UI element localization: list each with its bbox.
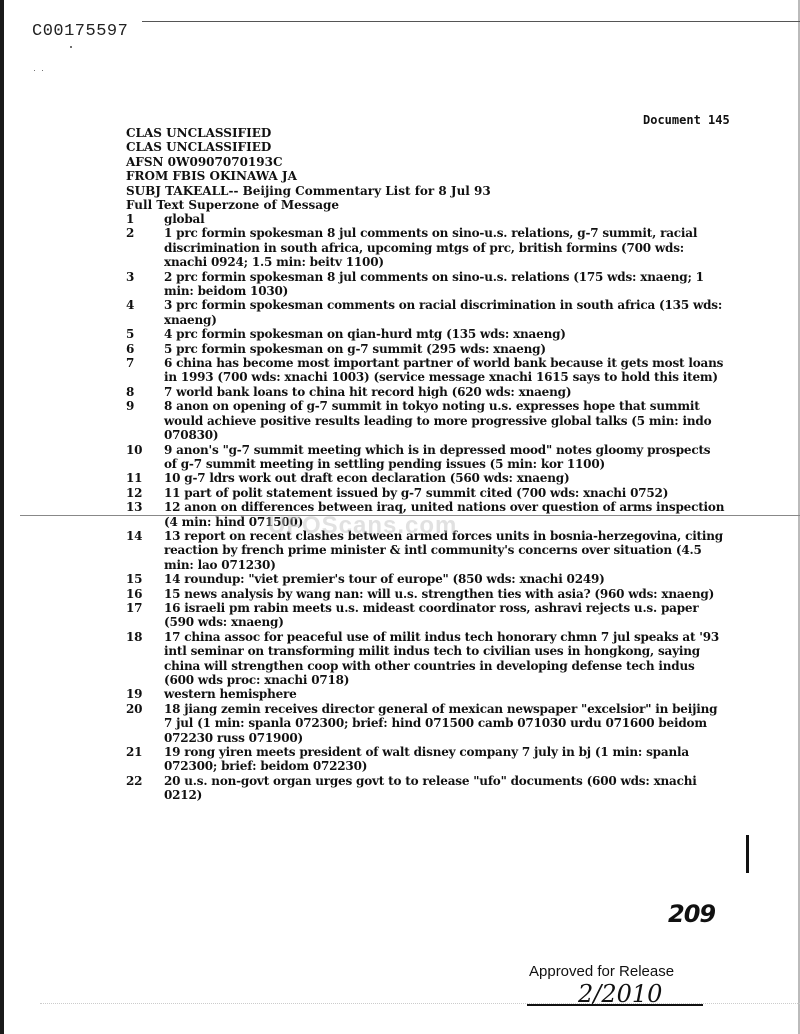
item-text: 5 prc formin spokesman on g-7 summit (29… [164, 342, 726, 356]
header-from: FROM FBIS OKINAWA JA [126, 169, 491, 183]
item-number: 9 [126, 399, 164, 442]
item-text: 16 israeli pm rabin meets u.s. mideast c… [164, 601, 726, 630]
list-item: 32 prc formin spokesman 8 jul comments o… [126, 270, 726, 299]
item-number: 3 [126, 270, 164, 299]
list-item: 87 world bank loans to china hit record … [126, 385, 726, 399]
header-full-text: Full Text Superzone of Message [126, 198, 491, 212]
item-text: 20 u.s. non-govt organ urges govt to to … [164, 774, 726, 803]
item-text: 6 china has become most important partne… [164, 356, 726, 385]
item-number: 7 [126, 356, 164, 385]
margin-mark [746, 835, 749, 873]
scan-speck [70, 46, 72, 48]
list-item: 43 prc formin spokesman comments on raci… [126, 298, 726, 327]
item-text: 7 world bank loans to china hit record h… [164, 385, 726, 399]
list-item: 1817 china assoc for peaceful use of mil… [126, 630, 726, 688]
list-item: 1615 news analysis by wang nan: will u.s… [126, 587, 726, 601]
item-number: 6 [126, 342, 164, 356]
item-number: 21 [126, 745, 164, 774]
item-text: 11 part of polit statement issued by g-7… [164, 486, 726, 500]
list-item: 1110 g-7 ldrs work out draft econ declar… [126, 471, 726, 485]
item-number: 19 [126, 687, 164, 701]
item-number: 20 [126, 702, 164, 745]
list-item: 2119 rong yiren meets president of walt … [126, 745, 726, 774]
item-number: 8 [126, 385, 164, 399]
list-item: 54 prc formin spokesman on qian-hurd mtg… [126, 327, 726, 341]
item-text: 8 anon on opening of g-7 summit in tokyo… [164, 399, 726, 442]
item-text: 19 rong yiren meets president of walt di… [164, 745, 726, 774]
list-item: 76 china has become most important partn… [126, 356, 726, 385]
item-number: 18 [126, 630, 164, 688]
scan-speck [34, 70, 35, 71]
list-item: 98 anon on opening of g-7 summit in toky… [126, 399, 726, 442]
item-number: 14 [126, 529, 164, 572]
item-text: 4 prc formin spokesman on qian-hurd mtg … [164, 327, 726, 341]
message-header: CLAS UNCLASSIFIED CLAS UNCLASSIFIED AFSN… [126, 126, 491, 212]
item-text: 15 news analysis by wang nan: will u.s. … [164, 587, 726, 601]
watermark: UFOScans.com [268, 512, 457, 540]
item-text: 14 roundup: "viet premier's tour of euro… [164, 572, 726, 586]
list-item: 2220 u.s. non-govt organ urges govt to t… [126, 774, 726, 803]
item-list: 1global 21 prc formin spokesman 8 jul co… [126, 212, 726, 803]
item-number: 11 [126, 471, 164, 485]
list-item: 109 anon's "g-7 summit meeting which is … [126, 443, 726, 472]
list-item: 19western hemisphere [126, 687, 726, 701]
item-text: global [164, 212, 726, 226]
item-text: western hemisphere [164, 687, 726, 701]
item-number: 22 [126, 774, 164, 803]
scan-speck [42, 70, 43, 71]
document-control-number: C00175597 [32, 22, 128, 41]
item-text: 1 prc formin spokesman 8 jul comments on… [164, 226, 726, 269]
item-text: 3 prc formin spokesman comments on racia… [164, 298, 726, 327]
list-item: 1211 part of polit statement issued by g… [126, 486, 726, 500]
item-text: 17 china assoc for peaceful use of milit… [164, 630, 726, 688]
handwritten-page-number: 209 [668, 900, 715, 928]
item-number: 5 [126, 327, 164, 341]
list-item: 1global [126, 212, 726, 226]
scan-left-edge [0, 0, 4, 1034]
item-number: 10 [126, 443, 164, 472]
item-number: 12 [126, 486, 164, 500]
item-text: 2 prc formin spokesman 8 jul comments on… [164, 270, 726, 299]
document-number: Document 145 [643, 113, 730, 127]
header-afsn: AFSN 0W0907070193C [126, 155, 491, 169]
header-subject: SUBJ TAKEALL-- Beijing Commentary List f… [126, 184, 491, 198]
list-item: 65 prc formin spokesman on g-7 summit (2… [126, 342, 726, 356]
header-classification: CLAS UNCLASSIFIED [126, 126, 491, 140]
item-text: 9 anon's "g-7 summit meeting which is in… [164, 443, 726, 472]
list-item: 1514 roundup: "viet premier's tour of eu… [126, 572, 726, 586]
item-number: 2 [126, 226, 164, 269]
item-text: 10 g-7 ldrs work out draft econ declarat… [164, 471, 726, 485]
header-classification: CLAS UNCLASSIFIED [126, 140, 491, 154]
top-rule [142, 21, 800, 22]
item-number: 4 [126, 298, 164, 327]
list-item: 21 prc formin spokesman 8 jul comments o… [126, 226, 726, 269]
release-stamp-label: Approved for Release [529, 963, 674, 980]
item-number: 1 [126, 212, 164, 226]
list-item: 2018 jiang zemin receives director gener… [126, 702, 726, 745]
item-text: 18 jiang zemin receives director general… [164, 702, 726, 745]
scan-artifact-line [40, 1003, 800, 1005]
item-number: 16 [126, 587, 164, 601]
list-item: 1716 israeli pm rabin meets u.s. mideast… [126, 601, 726, 630]
item-number: 17 [126, 601, 164, 630]
item-number: 15 [126, 572, 164, 586]
